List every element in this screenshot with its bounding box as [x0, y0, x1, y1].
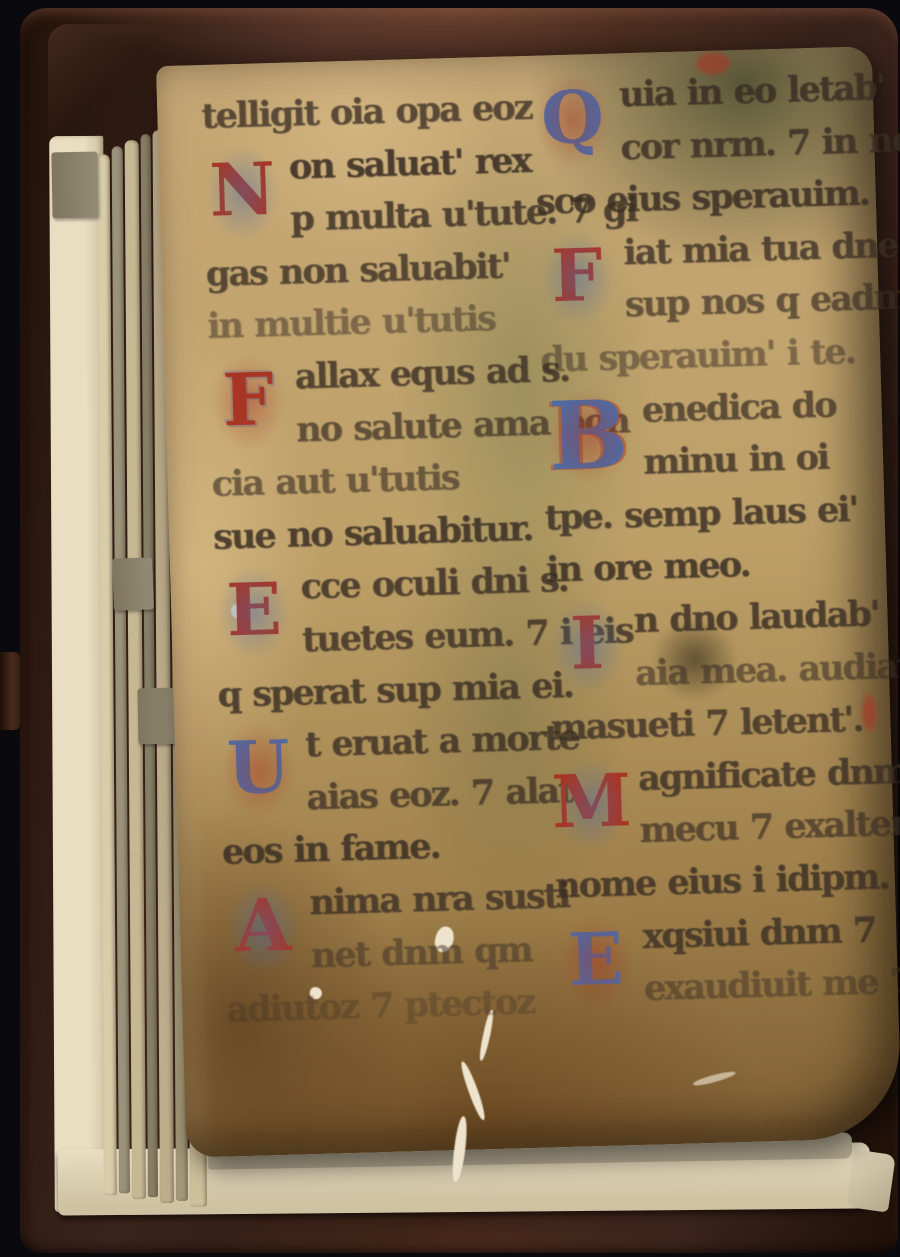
manuscript-line: iat mia tua dne [623, 220, 872, 279]
manuscript-line: mecu 7 exaltem' [639, 798, 888, 857]
manuscript-line: allax equs ad s. [294, 344, 543, 403]
manuscript-page: telligit oia opa eozNon saluat' rexp mul… [156, 46, 900, 1158]
illuminated-initial-n: N [198, 137, 287, 247]
illuminated-initial-a: A [219, 873, 308, 983]
manuscript-line: gas non saluabit' [205, 239, 540, 301]
illuminated-initial-f: F [533, 223, 622, 333]
manuscript-line: minu in oi [642, 430, 877, 489]
illuminated-initial-e: E [552, 907, 641, 1017]
illuminated-initial-q: Q [528, 65, 617, 175]
illuminated-initial-u: U [214, 716, 303, 826]
manuscript-line: uia in eo letab' [618, 62, 867, 121]
manuscript-line: on saluat' rex [288, 134, 537, 193]
illuminated-initial-e: E [210, 558, 299, 668]
manuscript-line: aia mea. audiat [634, 641, 883, 700]
parchment-tab [112, 557, 154, 610]
text-column-left: telligit oia opa eozNon saluat' rexp mul… [201, 82, 561, 1038]
manuscript-line: cor nrm. 7 in noie [620, 115, 869, 174]
crumpled-corner [846, 1149, 896, 1212]
manuscript-line: xqsiui dnm 7 [642, 904, 891, 963]
parchment-tab [51, 152, 98, 219]
photo-of-manuscript: { "colors": { "bg": "#0a090d", "leather"… [0, 0, 900, 1257]
text-column-right: Quia in eo letab'cor nrm. 7 in noiesco e… [532, 62, 892, 1018]
damage-crack [692, 1069, 736, 1088]
manuscript-line: tuetes eum. 7 i eis [301, 607, 550, 666]
manuscript-line: t eruat a morte [304, 712, 553, 771]
manuscript-line: cce oculi dni s. [300, 555, 549, 614]
manuscript-line: exaudiuit me 7 ex [643, 956, 892, 1015]
parchment-tab [138, 688, 179, 745]
manuscript-line: agnificate dnm [637, 746, 886, 805]
manuscript-line: nima nra susti [309, 870, 558, 929]
manuscript-line: adiutoz 7 ptectoz [226, 975, 561, 1037]
illuminated-initial-b: B [537, 380, 640, 491]
manuscript-line: sup nos q eadmo [624, 273, 873, 332]
manuscript-line: aias eoz. 7 alat [306, 765, 555, 824]
manuscript-line: tpe. semp laus ei' [544, 483, 879, 545]
damage-crack [459, 1060, 488, 1121]
manuscript-line: net dnm qm [310, 923, 559, 982]
illuminated-initial-i: I [543, 591, 632, 701]
manuscript-line: cia aut u'tutis [211, 450, 546, 512]
illuminated-initial-f: F [204, 348, 293, 458]
manuscript-line: n dno laudab' [633, 588, 882, 647]
manuscript-line: no salute ama bon [295, 397, 544, 456]
manuscript-line: p multa u'tute. 7 gi [290, 187, 539, 246]
manuscript-line: enedica do [641, 378, 876, 437]
illuminated-initial-m: M [547, 749, 636, 859]
